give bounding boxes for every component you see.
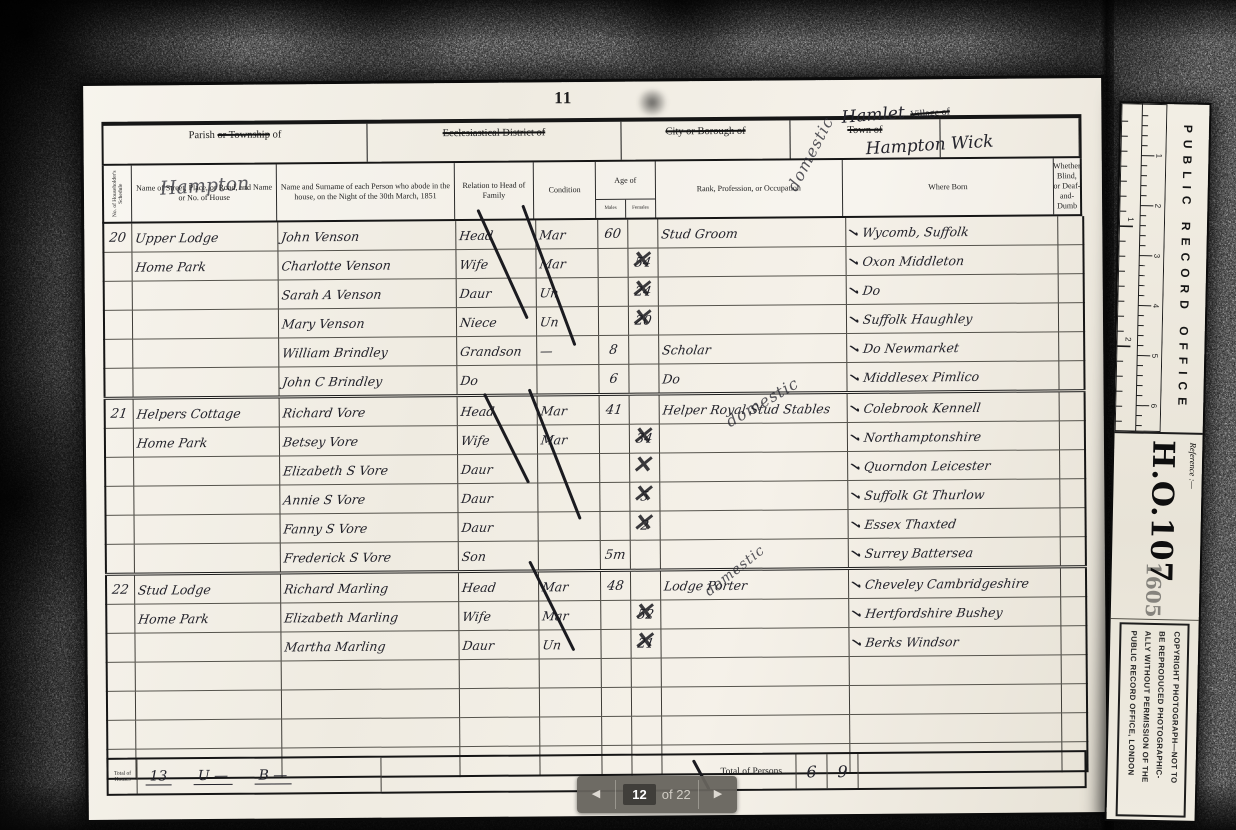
column-header-row: No. of Householder's Schedule Name of St…	[102, 158, 1082, 224]
cell: Helpers Cottage	[133, 397, 279, 428]
col-born: Where Born	[843, 158, 1055, 216]
cell: Mar	[535, 220, 597, 249]
cell	[105, 457, 133, 486]
cell	[459, 659, 539, 689]
cell	[538, 540, 600, 570]
cell	[1061, 713, 1087, 742]
cell	[1060, 626, 1086, 655]
cell: Quorndon Leicester	[847, 450, 1059, 481]
cell	[657, 247, 845, 277]
cell: 21	[630, 629, 660, 658]
totals-empty-cell	[857, 752, 1084, 788]
cell	[106, 604, 134, 633]
cell: Un	[536, 277, 598, 306]
cell	[601, 716, 631, 745]
cell	[281, 689, 459, 719]
cell	[597, 248, 627, 277]
cell: Sarah A Venson	[278, 279, 456, 309]
cell: 22	[106, 574, 134, 604]
cell: 5m	[600, 540, 630, 570]
record-office-label: PUBLIC RECORD OFFICE	[1161, 104, 1210, 433]
current-page-box[interactable]: 12	[623, 784, 655, 805]
cell	[1057, 216, 1083, 245]
cell	[660, 599, 848, 629]
svg-text:1: 1	[1154, 154, 1163, 159]
cell	[105, 486, 133, 515]
cell	[631, 687, 661, 716]
ink-smudge	[635, 89, 669, 115]
cell: Elizabeth Marling	[280, 602, 458, 632]
cell	[103, 252, 131, 281]
col-name: Name and Surname of each Person who abod…	[277, 163, 455, 220]
census-rows: 20Upper LodgeJohn VensonHeadMar60Stud Gr…	[103, 216, 1087, 779]
folio-number: 11	[523, 88, 603, 109]
cell	[1060, 597, 1086, 626]
cell	[135, 719, 281, 749]
cell	[660, 628, 848, 658]
total-houses-values: 13 U — B —	[137, 767, 380, 785]
cell: Home Park	[134, 603, 280, 633]
cell	[539, 716, 601, 745]
cell: Hertfordshire Bushey	[848, 597, 1060, 628]
cell	[539, 658, 601, 687]
cell	[135, 690, 281, 720]
cell	[599, 424, 629, 453]
cell	[661, 715, 849, 745]
ecclesiastical-header-cell: Ecclesiastical District of	[367, 122, 621, 162]
right-arrow-icon: ▶	[714, 789, 722, 800]
cell	[601, 687, 631, 716]
col-schedule: No. of Householder's Schedule	[104, 166, 132, 222]
cell	[104, 310, 132, 339]
cell	[132, 338, 278, 368]
cell	[106, 633, 134, 662]
cell: Do	[846, 274, 1058, 305]
cell: Home Park	[133, 427, 279, 457]
cell	[1058, 303, 1084, 332]
cell: Upper Lodge	[131, 222, 277, 252]
cell: 21	[105, 398, 133, 428]
cell	[1060, 537, 1086, 567]
cell: Charlotte Venson	[277, 250, 455, 280]
reference-section: Reference :— H.O.107 1605	[1111, 433, 1203, 621]
col-infirm: Whether Blind, or Deaf-and-Dumb	[1054, 158, 1080, 214]
cell	[1057, 245, 1083, 274]
cell	[1059, 508, 1085, 537]
cell: Suffolk Gt Thurlow	[847, 479, 1059, 510]
ruler-ticks-icon: 1 2 3 4 5 6 1 2	[1115, 103, 1168, 432]
svg-text:2: 2	[1124, 337, 1133, 342]
cell	[281, 718, 459, 748]
total-houses-value: 13	[145, 768, 171, 785]
cell: Mary Venson	[278, 308, 456, 338]
cell	[659, 481, 847, 511]
cell: John C Brindley	[278, 366, 456, 397]
cell	[104, 339, 132, 368]
reference-piece: 1605	[1141, 562, 1166, 618]
cell	[536, 364, 598, 394]
parish-header-cell: Parish or Township of	[103, 124, 367, 164]
col-age: Age of MalesFemales	[596, 162, 656, 218]
cell: Scholar	[658, 334, 846, 364]
cell: Essex Thaxted	[847, 508, 1059, 539]
cell	[459, 717, 539, 747]
cell: Frederick S Vore	[280, 542, 458, 573]
ruler-section: PUBLIC RECORD OFFICE 1 2 3	[1115, 103, 1210, 435]
cell: Fanny S Vore	[280, 513, 458, 543]
cell: Cheveley Cambridgeshire	[848, 567, 1060, 599]
cell: Do Newmarket	[846, 332, 1058, 363]
col-street: Name of Street, Place, or Road, and Name…	[132, 164, 278, 221]
page-indicator: 12 of 22	[616, 776, 698, 813]
svg-text:6: 6	[1149, 404, 1158, 409]
cell: Head	[458, 571, 538, 602]
cell	[601, 658, 631, 687]
cell	[631, 716, 661, 745]
cell: Wife	[458, 601, 538, 631]
cell: 2	[629, 511, 659, 540]
pagination-bar: ◀ 12 of 22 ▶	[577, 776, 737, 813]
next-page-button[interactable]: ▶	[699, 776, 737, 813]
cell: Daur	[458, 630, 538, 660]
cell	[599, 453, 629, 482]
reference-label: Reference :—	[1187, 443, 1198, 489]
census-document-page: 11 Parish or Township of Ecclesiastical …	[83, 78, 1107, 820]
cell: Northamptonshire	[847, 421, 1059, 452]
parish-label: Parish	[189, 130, 215, 141]
photographed-census-viewer: { "header": { "page_number": "11", "pari…	[0, 0, 1236, 830]
cell: Do	[456, 365, 536, 396]
cell	[104, 368, 132, 398]
cell: Annie S Vore	[279, 484, 457, 514]
cell	[105, 428, 133, 457]
col-relation: Relation to Head of Family	[454, 162, 534, 219]
cell: 41	[599, 394, 629, 424]
cell	[598, 306, 628, 335]
cell: William Brindley	[278, 337, 456, 367]
cell: Lodge Porter	[660, 569, 848, 600]
cell	[539, 687, 601, 716]
cell: Wife	[457, 425, 537, 455]
cell	[659, 452, 847, 482]
cell	[1060, 567, 1086, 597]
cell	[661, 686, 849, 716]
left-arrow-icon: ◀	[592, 789, 600, 800]
svg-text:3: 3	[1152, 254, 1161, 259]
cell: Daur	[456, 278, 536, 308]
cell	[1059, 391, 1085, 421]
cell	[598, 277, 628, 306]
cell: Oxon Middleton	[845, 245, 1057, 276]
cell	[849, 713, 1061, 744]
cell	[1059, 479, 1085, 508]
cell: Suffolk Haughley	[846, 303, 1058, 334]
cell	[132, 280, 278, 310]
cell	[134, 632, 280, 662]
cell	[631, 658, 661, 687]
cell: Stud Groom	[657, 218, 845, 248]
total-persons-males: 6	[795, 754, 826, 788]
cell: Wycomb, Suffolk	[845, 216, 1057, 246]
cell: Betsey Vore	[279, 426, 457, 456]
form-header-row: Parish or Township of Ecclesiastical Dis…	[101, 114, 1081, 166]
city-header-cell: City or Borough of	[621, 120, 791, 159]
svg-text:2: 2	[1153, 204, 1162, 209]
cell	[661, 657, 849, 687]
page-total-label: of 22	[662, 787, 691, 802]
copyright-section: COPYRIGHT PHOTOGRAPH—NOT TO BE REPRODUCE…	[1107, 619, 1199, 821]
cell: Surrey Battersea	[848, 537, 1060, 569]
cell: Richard Vore	[279, 396, 457, 427]
cell	[1058, 332, 1084, 361]
cell	[107, 691, 135, 720]
cell: 48	[600, 570, 630, 600]
cell	[106, 515, 134, 544]
cell: 60	[597, 220, 627, 249]
census-table: 20Upper LodgeJohn VensonHeadMar60Stud Gr…	[102, 216, 1088, 780]
prev-page-button[interactable]: ◀	[577, 776, 615, 813]
cell	[459, 688, 539, 718]
cell	[133, 485, 279, 515]
cell	[1058, 361, 1084, 391]
cell: 8	[598, 335, 628, 364]
cell	[1061, 655, 1087, 684]
cell: John Venson	[277, 221, 455, 251]
col-age-females: Females	[626, 200, 655, 218]
cell	[106, 544, 134, 574]
ecclesiastical-struck-label: Ecclesiastical District of	[443, 127, 546, 139]
svg-text:5: 5	[1150, 354, 1159, 359]
village-struck-label: Village of	[910, 106, 950, 120]
cell: Martha Marling	[280, 631, 458, 661]
cell: Mar	[537, 394, 599, 424]
cell	[600, 629, 630, 658]
cell: Mar	[538, 600, 600, 629]
cell	[599, 482, 629, 511]
cell: Daur	[457, 483, 537, 513]
cell: Middlesex Pimlico	[846, 361, 1058, 393]
cell: Richard Marling	[280, 572, 458, 603]
total-persons-females: 9	[826, 754, 857, 788]
cell: Elizabeth S Vore	[279, 455, 457, 485]
cell	[281, 660, 459, 690]
cell	[537, 511, 599, 540]
cell	[630, 540, 660, 570]
total-building-value: B —	[254, 767, 291, 784]
cell	[659, 423, 847, 453]
cell: Berks Windsor	[848, 626, 1060, 657]
cell	[628, 364, 658, 394]
public-record-office-strip: PUBLIC RECORD OFFICE 1 2 3	[1107, 103, 1210, 821]
cell: Do	[658, 363, 846, 394]
cell	[1061, 684, 1087, 713]
cell: Grandson	[456, 336, 536, 366]
cell: Son	[458, 541, 538, 572]
svg-text:4: 4	[1151, 304, 1160, 309]
cell: 20	[628, 306, 658, 335]
cell	[132, 367, 278, 398]
parish-struck-label: or Township	[217, 130, 270, 141]
col-occupation: Rank, Profession, or Occupation	[656, 160, 844, 217]
cell	[133, 456, 279, 486]
cell	[537, 453, 599, 482]
svg-text:1: 1	[1126, 217, 1135, 222]
parish-of-label: of	[273, 129, 282, 140]
cell	[135, 661, 281, 691]
cell	[658, 276, 846, 306]
total-uninhabited-value: U —	[194, 768, 232, 785]
cell	[134, 543, 280, 574]
cell: Home Park	[131, 251, 277, 281]
cell: 20	[103, 224, 131, 253]
cell	[134, 514, 280, 544]
col-age-males: Males	[596, 200, 626, 218]
cell: Stud Lodge	[134, 573, 280, 604]
cell: 6	[598, 364, 628, 394]
cell	[1059, 421, 1085, 450]
total-houses-label: Total of Houses	[108, 760, 137, 794]
cell	[1059, 450, 1085, 479]
cell: Daur	[457, 512, 537, 542]
cell	[104, 281, 132, 310]
cell	[107, 720, 135, 749]
cell	[849, 655, 1061, 686]
cell	[659, 510, 847, 540]
cell	[658, 305, 846, 335]
col-condition: Condition	[534, 162, 596, 218]
city-struck-label: City or Borough of	[665, 126, 745, 138]
cell	[599, 511, 629, 540]
cell: —	[536, 335, 598, 364]
copyright-notice: COPYRIGHT PHOTOGRAPH—NOT TO BE REPRODUCE…	[1116, 622, 1190, 817]
cell	[132, 309, 278, 339]
cell	[107, 662, 135, 691]
cell: Wife	[455, 249, 535, 279]
cell	[600, 600, 630, 629]
cell	[628, 335, 658, 364]
cell	[1058, 274, 1084, 303]
cell	[849, 684, 1061, 715]
cell: Colebrook Kennell	[847, 391, 1059, 423]
